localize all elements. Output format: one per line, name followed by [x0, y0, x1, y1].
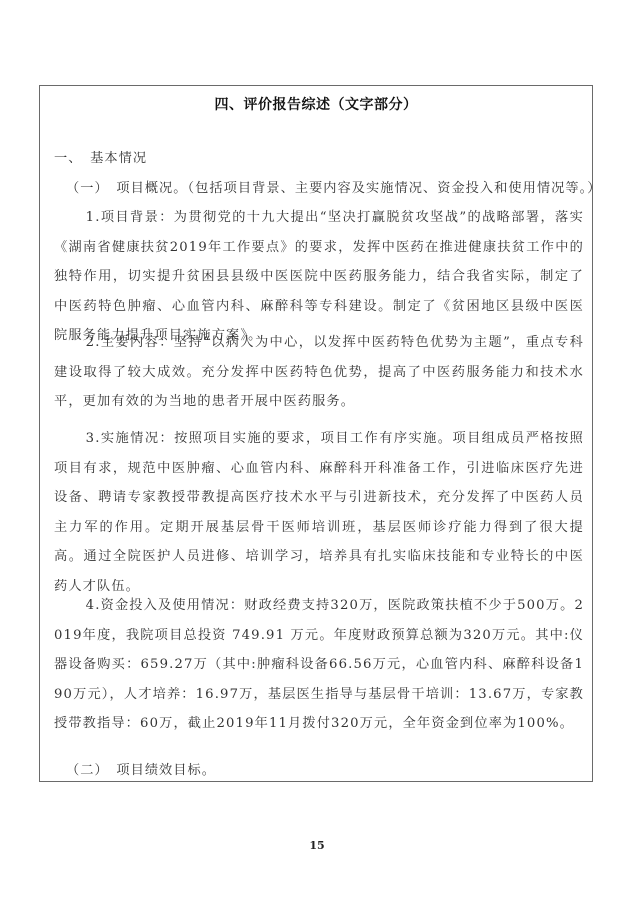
page-number: 15 — [0, 839, 634, 852]
paragraph-implementation: 3.实施情况：按照项目实施的要求，项目工作有序实施。项目组成员严格按照项目有求，… — [54, 424, 584, 601]
report-summary-box: 四、评价报告综述（文字部分） 一、 基本情况 （一） 项目概况。（包括项目背景、… — [39, 85, 593, 782]
subheading-project-overview: （一） 项目概况。（包括项目背景、主要内容及实施情况、资金投入和使用情况等。） — [66, 174, 594, 204]
paragraph-funding: 4.资金投入及使用情况：财政经费支持320万，医院政策扶植不少于500万。201… — [54, 591, 584, 739]
section-title: 四、评价报告综述（文字部分） — [40, 94, 592, 114]
paragraph-main-content: 2.主要内容：坚持“以病人为中心，以发挥中医药特色优势为主题”，重点专科建设取得… — [54, 328, 584, 417]
heading-basic-info: 一、 基本情况 — [54, 144, 582, 174]
subheading-performance-goals: （二） 项目绩效目标。 — [66, 756, 594, 786]
